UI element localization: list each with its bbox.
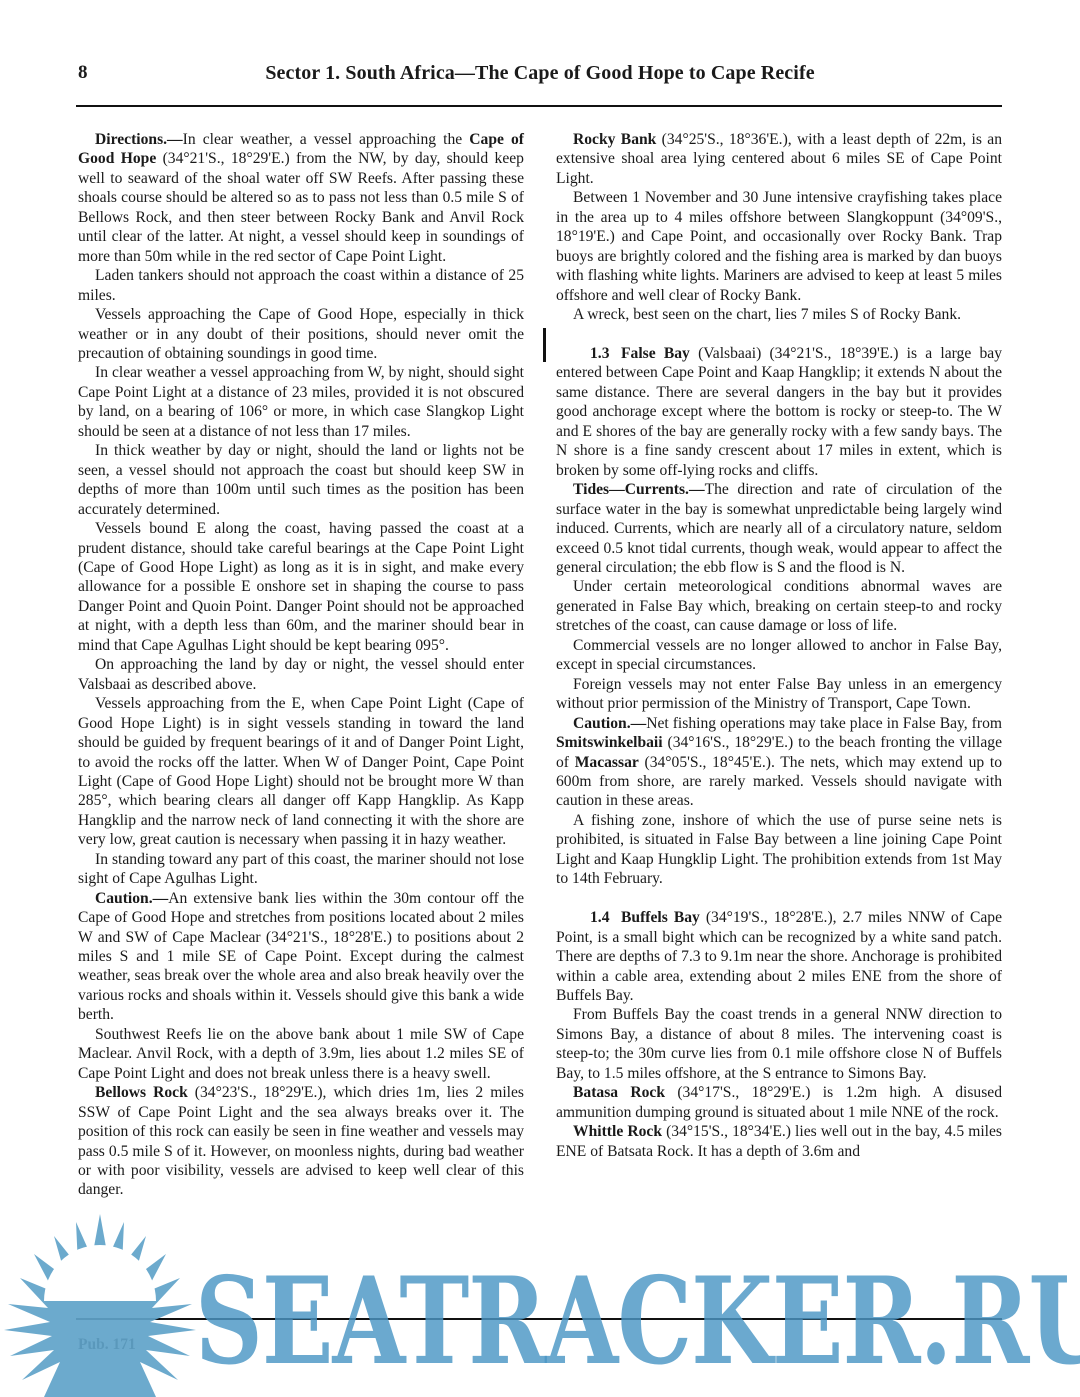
place-bellows-rock: Bellows Rock [95, 1084, 188, 1101]
place-rocky-bank: Rocky Bank [573, 131, 656, 148]
section-gap [556, 325, 1002, 345]
paragraph: From Buffels Bay the coast trends in a g… [556, 1005, 1002, 1083]
sun-icon [0, 1200, 200, 1397]
place-macassar: Macassar [575, 754, 639, 771]
section-1-3-paragraph: 1.3False Bay (Valsbaai) (34°21'S., 18°39… [556, 344, 1002, 480]
place-whittle-rock: Whittle Rock [573, 1123, 662, 1140]
section-number: 1.4 [573, 908, 621, 927]
header-rule [76, 105, 1002, 107]
heading-tides-currents: Tides—Currents.— [573, 481, 705, 498]
paragraph: Commercial vessels are no longer allowed… [556, 636, 1002, 675]
wreck-paragraph: A wreck, best seen on the chart, lies 7 … [556, 305, 1002, 324]
section-1-4-paragraph: 1.4Buffels Bay (34°19'S., 18°28'E.), 2.7… [556, 908, 1002, 1005]
paragraph: Vessels bound E along the coast, having … [78, 519, 524, 655]
batasa-rock-paragraph: Batasa Rock (34°17'S., 18°29'E.) is 1.2m… [556, 1083, 1002, 1122]
place-batasa-rock: Batasa Rock [573, 1084, 665, 1101]
paragraph: Under certain meteorological conditions … [556, 577, 1002, 635]
change-bar [543, 328, 546, 362]
paragraph: In thick weather by day or night, should… [78, 441, 524, 519]
running-title: Sector 1. South Africa—The Cape of Good … [78, 62, 1002, 85]
paragraph: In clear weather a vessel approaching fr… [78, 363, 524, 441]
paragraph: Between 1 November and 30 June intensive… [556, 188, 1002, 305]
paragraph: Southwest Reefs lie on the above bank ab… [78, 1025, 524, 1083]
bellows-rock-paragraph: Bellows Rock (34°23'S., 18°29'E.), which… [78, 1083, 524, 1200]
heading-directions: Directions.— [95, 131, 183, 148]
rocky-bank-paragraph: Rocky Bank (34°25'S., 18°36'E.), with a … [556, 130, 1002, 188]
caution-paragraph: Caution.—Net fishing operations may take… [556, 714, 1002, 811]
heading-caution: Caution.— [95, 890, 168, 907]
paragraph: In standing toward any part of this coas… [78, 850, 524, 889]
whittle-rock-paragraph: Whittle Rock (34°15'S., 18°34'E.) lies w… [556, 1122, 1002, 1161]
tides-currents-paragraph: Tides—Currents.—The direction and rate o… [556, 480, 1002, 577]
directions-paragraph: Directions.—In clear weather, a vessel a… [78, 130, 524, 266]
left-column: Directions.—In clear weather, a vessel a… [78, 130, 524, 1200]
section-gap [556, 889, 1002, 909]
watermark-text: SEATRACKER.RU [195, 1262, 1080, 1382]
publication-number: Pub. 171 [78, 1336, 136, 1354]
place-buffels-bay: Buffels Bay [621, 909, 700, 926]
paragraph: A fishing zone, inshore of which the use… [556, 811, 1002, 889]
right-column: Rocky Bank (34°25'S., 18°36'E.), with a … [556, 130, 1002, 1161]
paragraph: On approaching the land by day or night,… [78, 655, 524, 694]
section-number: 1.3 [573, 344, 621, 363]
heading-caution: Caution.— [573, 715, 646, 732]
caution-paragraph: Caution.—An extensive bank lies within t… [78, 889, 524, 1025]
paragraph: Vessels approaching from the E, when Cap… [78, 694, 524, 850]
place-smitswinkelbaii: Smitswinkelbaii [556, 734, 663, 751]
page-header: 8 Sector 1. South Africa—The Cape of Goo… [78, 58, 1002, 92]
paragraph: Vessels approaching the Cape of Good Hop… [78, 305, 524, 363]
paragraph: Laden tankers should not approach the co… [78, 266, 524, 305]
paragraph: Foreign vessels may not enter False Bay … [556, 675, 1002, 714]
place-false-bay: False Bay [621, 345, 690, 362]
